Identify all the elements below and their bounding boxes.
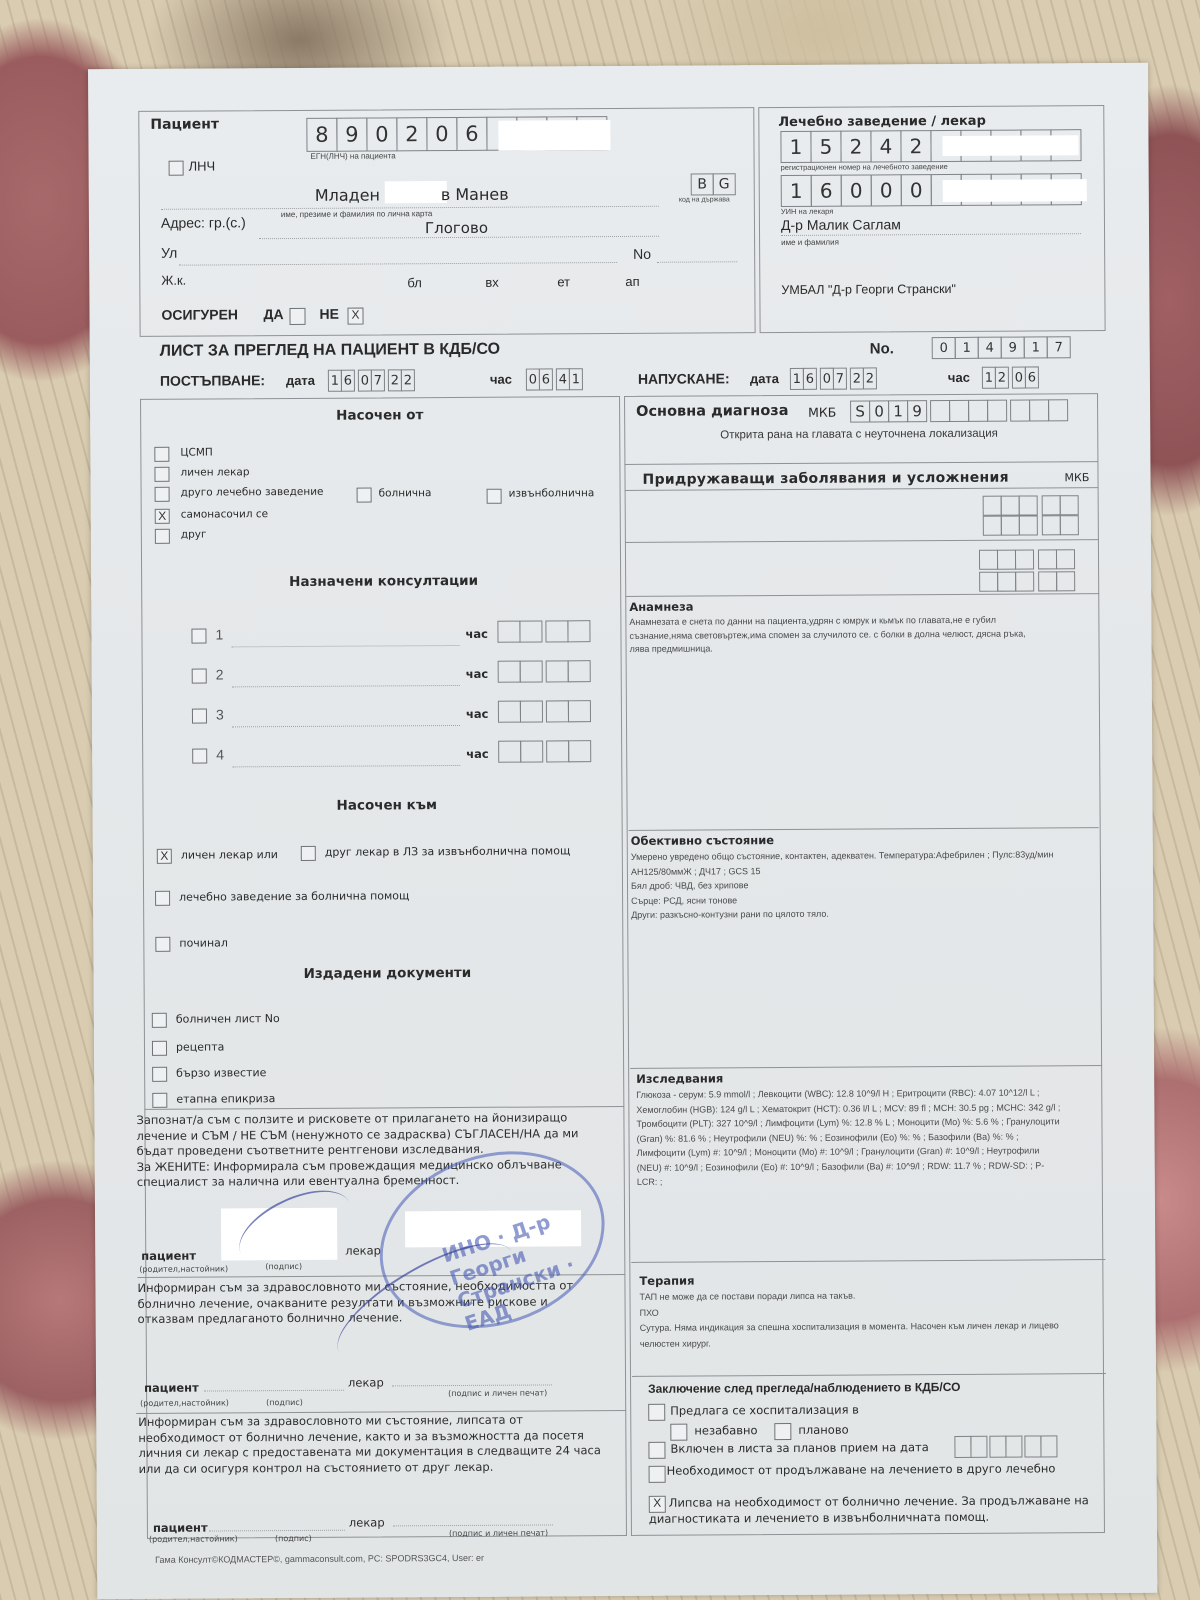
signature-caption-3: (подпис) bbox=[275, 1534, 312, 1543]
digit-cell: 5 bbox=[810, 131, 841, 163]
digit-cell: 6 bbox=[341, 370, 355, 392]
digit-cell: 2 bbox=[840, 130, 871, 162]
referred-from-checkbox[interactable] bbox=[154, 447, 169, 462]
text-line: Тромбоцити (PLT): 327 10^9/l ; Лимфоцити… bbox=[636, 1114, 1106, 1131]
mkb-cell bbox=[1038, 549, 1057, 569]
consultation-number: 3 bbox=[216, 706, 224, 722]
block-label: бл bbox=[407, 275, 422, 290]
insured-label: ОСИГУРЕН bbox=[161, 306, 238, 322]
digit-cell bbox=[930, 400, 950, 422]
no-hospitalization-checkbox[interactable]: X bbox=[649, 1496, 666, 1513]
issued-document-checkbox[interactable] bbox=[152, 1067, 167, 1082]
no-hospitalization-label-1: Липсва на необходимост от болнично лечен… bbox=[669, 1493, 1089, 1510]
digit-cell bbox=[968, 400, 988, 422]
mkb-cell bbox=[1042, 515, 1061, 535]
consultation-time-label: час bbox=[466, 667, 489, 681]
discharge-time-label: час bbox=[948, 370, 970, 385]
waitlist-label: Включен в листа за планов прием на дата bbox=[670, 1440, 928, 1456]
insured-no-checkbox[interactable]: X bbox=[347, 308, 363, 325]
referred-to-other-label: друг лекар в ЛЗ за извънболнична помощ bbox=[325, 844, 571, 858]
therapy-text: ТАП не може да се постави поради липса н… bbox=[639, 1287, 1109, 1352]
digit-cell: 6 bbox=[456, 117, 487, 151]
text-line: или да си осигуря контрол на състоянието… bbox=[139, 1459, 601, 1477]
consultation-number: 1 bbox=[215, 626, 223, 642]
urgent-label: незабавно bbox=[694, 1423, 757, 1437]
time-cell bbox=[546, 660, 569, 682]
digit-cell: 1 bbox=[982, 367, 996, 389]
date-cell bbox=[989, 1436, 1006, 1458]
digit-cell: 0 bbox=[366, 117, 397, 151]
consultation-time-field[interactable] bbox=[498, 700, 591, 723]
time-cell bbox=[498, 661, 521, 683]
digit-cell: 6 bbox=[1025, 366, 1039, 388]
medical-form-sheet: Пациент 890206 ЕГН(ЛНЧ) на пациента ЛНЧ … bbox=[88, 63, 1157, 1599]
consultation-checkbox[interactable] bbox=[191, 629, 206, 644]
country-caption: код на държава bbox=[679, 196, 730, 203]
country-code-field[interactable]: BG bbox=[691, 173, 736, 195]
digit-cell: 4 bbox=[556, 368, 570, 390]
time-cell bbox=[497, 621, 520, 643]
digit-cell: 2 bbox=[388, 369, 402, 391]
deceased-checkbox[interactable] bbox=[155, 937, 170, 952]
digit-cell: S bbox=[850, 400, 870, 422]
digit-cell: 1 bbox=[790, 368, 804, 390]
admission-date-label: дата bbox=[286, 373, 315, 388]
comorbidity-mkb-row[interactable] bbox=[983, 495, 1079, 516]
issued-documents-list: болничен лист Noрецептабързо известиеета… bbox=[88, 63, 1148, 69]
urgent-checkbox[interactable] bbox=[670, 1424, 687, 1441]
digit-cell: B bbox=[691, 173, 714, 195]
hospital-name: УМБАЛ "Д-р Георги Странски" bbox=[781, 282, 956, 297]
date-cell bbox=[1005, 1436, 1022, 1458]
time-cell bbox=[568, 700, 591, 722]
issued-document-checkbox[interactable] bbox=[152, 1041, 167, 1056]
digit-cell: 6 bbox=[803, 368, 817, 390]
no-hospitalization-label-2: диагностиката и лечението в извънболничн… bbox=[649, 1510, 989, 1526]
consultation-number: 4 bbox=[216, 746, 224, 762]
doctor-caption-2: (подпис и личен печат) bbox=[448, 1388, 547, 1398]
comorbidity-mkb-row[interactable] bbox=[979, 549, 1075, 570]
mkb-cell bbox=[1056, 549, 1075, 569]
deceased-label: починал bbox=[179, 936, 228, 949]
referred-from-checkbox[interactable]: X bbox=[155, 509, 170, 524]
referred-to-title: Насочен към bbox=[336, 797, 437, 814]
referred-from-checkbox[interactable] bbox=[154, 467, 169, 482]
consultation-time-field[interactable] bbox=[498, 660, 591, 683]
digit-cell bbox=[987, 400, 1007, 422]
planned-label: планово bbox=[798, 1423, 848, 1437]
referred-from-checkbox[interactable] bbox=[155, 487, 170, 502]
mkb-cell bbox=[983, 496, 1002, 516]
digit-cell: 2 bbox=[401, 369, 415, 391]
referred-from-outpatient-checkbox[interactable] bbox=[487, 489, 502, 504]
consultations-list: 1час2час3час4час bbox=[88, 63, 1148, 69]
time-cell bbox=[546, 700, 569, 722]
admission-date-field[interactable]: 160722 bbox=[328, 369, 415, 392]
text-line: LCR: ; bbox=[637, 1172, 1107, 1189]
referred-to-hospital-checkbox[interactable] bbox=[155, 891, 170, 906]
mkb-cell bbox=[997, 550, 1016, 570]
insured-yes-label: ДА bbox=[263, 306, 283, 322]
digit-cell: 0 bbox=[820, 368, 834, 390]
mkb-cell bbox=[1038, 571, 1057, 591]
time-cell bbox=[520, 740, 543, 762]
digit-cell: 2 bbox=[850, 368, 864, 390]
redacted-egn bbox=[498, 120, 610, 151]
digit-cell: G bbox=[713, 173, 736, 195]
doctor-signature-label-1: лекар bbox=[345, 1243, 381, 1257]
digit-cell: 0 bbox=[426, 117, 457, 151]
referred-from-option-label: ЦСМП bbox=[180, 446, 213, 458]
date-cell bbox=[1024, 1435, 1041, 1457]
doctor-signature-label-3: лекар bbox=[349, 1515, 385, 1529]
diagnosis-mkb-field[interactable]: S019 bbox=[850, 399, 1068, 422]
consultation-number: 2 bbox=[216, 666, 224, 682]
lnch-label: ЛНЧ bbox=[189, 158, 216, 173]
consultation-time-label: час bbox=[466, 747, 489, 761]
mkb-cell bbox=[1042, 495, 1061, 515]
entrance-label: вх bbox=[485, 275, 498, 290]
hospitalization-checkbox[interactable] bbox=[648, 1404, 665, 1421]
referred-to-gp-label: личен лекар или bbox=[181, 848, 278, 862]
mkb-cell bbox=[1001, 516, 1020, 536]
digit-cell: 6 bbox=[811, 175, 842, 207]
digit-cell: 4 bbox=[870, 130, 901, 162]
issued-document-label: бързо известие bbox=[176, 1066, 266, 1080]
mkb-cell bbox=[979, 550, 998, 570]
consultation-checkbox[interactable] bbox=[192, 749, 207, 764]
digit-cell: 4 bbox=[978, 337, 1002, 359]
doctor-caption: име и фамилия bbox=[781, 238, 839, 247]
text-line: челюстен хирург. bbox=[640, 1334, 1110, 1352]
redacted-uin bbox=[943, 179, 1087, 202]
text-line: Сутура. Няма индикация за спешна хоспита… bbox=[640, 1318, 1110, 1336]
digit-cell: 0 bbox=[1012, 367, 1026, 389]
digit-cell bbox=[1029, 399, 1049, 421]
apartment-label: ап bbox=[625, 274, 639, 289]
digit-cell: 0 bbox=[869, 400, 889, 422]
comorbidity-mkb-row[interactable] bbox=[983, 515, 1079, 536]
transfer-label: Необходимост от продължаване на лечениет… bbox=[667, 1461, 1056, 1477]
digit-cell: 1 bbox=[328, 370, 342, 392]
time-cell bbox=[546, 740, 569, 762]
referred-from-hospital-checkbox[interactable] bbox=[357, 488, 372, 503]
guardian-caption-1: (родител,настойник) bbox=[139, 1264, 228, 1274]
street-number-label: No bbox=[633, 246, 651, 262]
text-line: Умерено увредено общо състояние, контакт… bbox=[631, 847, 1099, 864]
investigations-text: Глюкоза - серум: 5.9 mmol/l ; Левкоцити … bbox=[636, 1085, 1107, 1189]
time-cell bbox=[520, 700, 543, 722]
consultation-time-field[interactable] bbox=[497, 620, 590, 643]
signature-caption-2: (подпис) bbox=[266, 1398, 303, 1407]
mkb-cell bbox=[1019, 495, 1038, 515]
guardian-caption-3: (родител,настойник) bbox=[149, 1534, 238, 1544]
text-line: (NEU) #: 10^9/l ; Еозинофили (Eo) #: 10^… bbox=[637, 1158, 1107, 1175]
admission-time-label: час bbox=[490, 372, 512, 387]
complex-label: Ж.к. bbox=[161, 273, 186, 288]
patient-signature-label-1: пациент bbox=[141, 1249, 196, 1263]
doctor-name: Д-р Малик Саглам bbox=[781, 216, 901, 233]
digit-cell: 9 bbox=[1001, 337, 1025, 359]
time-cell bbox=[519, 620, 542, 642]
no-hospitalization-text: Информиран съм за здравословното ми съст… bbox=[138, 1412, 601, 1477]
digit-cell: 7 bbox=[833, 368, 847, 390]
diagnosis-mkb-label: МКБ bbox=[808, 405, 836, 420]
mkb-cell bbox=[1060, 515, 1079, 535]
digit-cell: 2 bbox=[863, 367, 877, 389]
referred-from-options: ЦСМПличен лекардруго лечебно заведениеXс… bbox=[88, 63, 1148, 69]
time-cell bbox=[498, 741, 521, 763]
time-cell bbox=[520, 660, 543, 682]
time-cell bbox=[567, 620, 590, 642]
uin-caption: УИН на лекаря bbox=[781, 207, 833, 216]
doctor-caption-3: (подпис и личен печат) bbox=[449, 1528, 548, 1538]
digit-cell: 1 bbox=[1024, 336, 1048, 358]
waitlist-date-field[interactable] bbox=[88, 63, 1148, 69]
digit-cell: 8 bbox=[306, 118, 337, 152]
patient-signature-label-3: пациент bbox=[153, 1521, 208, 1535]
discharge-date-label: дата bbox=[750, 371, 779, 386]
date-cell bbox=[954, 1436, 971, 1458]
mkb-cell bbox=[983, 516, 1002, 536]
consultation-checkbox[interactable] bbox=[192, 669, 207, 684]
sheet-title: ЛИСТ ЗА ПРЕГЛЕД НА ПАЦИЕНТ В КДБ/СО bbox=[160, 341, 500, 361]
investigations-title: Изследвания bbox=[636, 1071, 723, 1086]
waitlist-checkbox[interactable] bbox=[648, 1442, 665, 1459]
discharge-time-field[interactable]: 1206 bbox=[982, 366, 1039, 388]
referred-from-checkbox[interactable] bbox=[155, 529, 170, 544]
mkb-cell bbox=[1060, 495, 1079, 515]
issued-document-checkbox[interactable] bbox=[152, 1013, 167, 1028]
referred-to-other-checkbox[interactable] bbox=[301, 846, 316, 861]
mkb-cell bbox=[997, 572, 1016, 592]
transfer-checkbox[interactable] bbox=[649, 1466, 666, 1483]
digit-cell: 1 bbox=[569, 368, 583, 390]
digit-cell: 0 bbox=[358, 370, 372, 392]
text-line: лечение и СЪМ / НЕ СЪМ (ненужното се зад… bbox=[136, 1126, 578, 1144]
digit-cell: 7 bbox=[371, 369, 385, 391]
city-value: Глогово bbox=[425, 219, 488, 237]
referred-to-gp-checkbox[interactable]: X bbox=[157, 849, 172, 864]
referred-from-option-label: друг bbox=[181, 529, 207, 541]
text-line: личния си лекар с предоставената ми доку… bbox=[138, 1443, 600, 1461]
digit-cell: 1 bbox=[955, 337, 979, 359]
diagnosis-title: Основна диагноза bbox=[636, 403, 788, 420]
referred-from-title: Насочен от bbox=[336, 407, 423, 424]
issued-document-label: болничен лист No bbox=[176, 1012, 280, 1026]
digit-cell: 0 bbox=[901, 174, 932, 206]
anamnesis-title: Анамнеза bbox=[629, 600, 693, 614]
comorbidities-mkb-grid[interactable] bbox=[88, 63, 1148, 69]
name-caption: име, презиме и фамилия по лична карта bbox=[281, 209, 432, 219]
digit-cell: 1 bbox=[781, 175, 812, 207]
patient-signature-label-2: пациент bbox=[144, 1381, 199, 1395]
discharge-date-field[interactable]: 160722 bbox=[790, 367, 877, 390]
patient-label: Пациент bbox=[150, 116, 219, 132]
digit-cell: 1 bbox=[780, 131, 811, 163]
guardian-caption-2: (родител,настойник) bbox=[140, 1398, 229, 1408]
digit-cell: 0 bbox=[841, 174, 872, 206]
street-label: Ул bbox=[161, 245, 177, 261]
patient-first-name: Младен bbox=[315, 185, 380, 204]
digit-cell: 9 bbox=[336, 118, 367, 152]
doctor-signature-label-2: лекар bbox=[348, 1375, 384, 1389]
consultation-time-label: час bbox=[466, 707, 489, 721]
egn-caption: ЕГН(ЛНЧ) на пациента bbox=[311, 151, 396, 161]
insured-no-label: НЕ bbox=[319, 306, 339, 322]
mkb-cell bbox=[1056, 571, 1075, 591]
discharge-label: НАПУСКАНЕ: bbox=[638, 370, 730, 387]
diagnosis-description: Открита рана на главата с неуточнена лок… bbox=[720, 428, 998, 442]
conclusion-title: Заключение след прегледа/наблюдението в … bbox=[648, 1380, 960, 1396]
time-cell bbox=[568, 660, 591, 682]
redacted-middle-name bbox=[385, 181, 447, 203]
referred-from-option-label: самонасочил се bbox=[181, 508, 268, 521]
mkb-cell bbox=[1015, 571, 1034, 591]
comorbidity-mkb-row[interactable] bbox=[979, 571, 1075, 592]
mkb-cell bbox=[1001, 496, 1020, 516]
referred-from-hospital-label: болнична bbox=[379, 487, 432, 499]
facility-label: Лечебно заведение / лекар bbox=[778, 114, 986, 130]
sheet-number-field[interactable]: 014917 bbox=[932, 336, 1071, 359]
admission-time-field[interactable]: 0641 bbox=[526, 368, 583, 390]
consultation-time-label: час bbox=[465, 627, 488, 641]
referred-from-option-label: друго лечебно заведение bbox=[181, 486, 324, 499]
digit-cell bbox=[949, 400, 969, 422]
mkb-cell bbox=[979, 572, 998, 592]
mkb-cell bbox=[1015, 549, 1034, 569]
issued-document-label: етапна епикриза bbox=[176, 1092, 275, 1106]
digit-cell: 9 bbox=[907, 400, 927, 422]
text-line: съзнание,няма световъртеж,има спомен за … bbox=[629, 627, 1094, 643]
planned-checkbox[interactable] bbox=[774, 1423, 791, 1440]
time-cell bbox=[568, 740, 591, 762]
digit-cell bbox=[1010, 399, 1030, 421]
anamnesis-text: Анамнезата е снета по данни на пациента,… bbox=[629, 613, 1094, 656]
insured-yes-checkbox[interactable] bbox=[289, 308, 305, 325]
comorbidities-mkb-label: МКБ bbox=[1064, 471, 1089, 484]
issued-document-label: рецепта bbox=[176, 1040, 224, 1053]
mkb-cell bbox=[1019, 515, 1038, 535]
digit-cell: 2 bbox=[995, 367, 1009, 389]
admission-label: ПОСТЪПВАНЕ: bbox=[160, 372, 265, 389]
digit-cell: 0 bbox=[871, 174, 902, 206]
reg-caption: регистрационен номер на лечебното заведе… bbox=[781, 162, 948, 172]
redacted-reg-number bbox=[942, 135, 1078, 156]
floor-label: ет bbox=[557, 274, 570, 289]
date-cell bbox=[1040, 1435, 1057, 1457]
time-cell bbox=[498, 701, 521, 723]
address-label: Адрес: гр.(с.) bbox=[161, 214, 246, 231]
therapy-title: Терапия bbox=[639, 1274, 694, 1288]
software-footer: Гама Консулт©КОДМАСТЕР©, gammaconsult.co… bbox=[155, 1553, 484, 1565]
consultations-title: Назначени консултации bbox=[289, 573, 478, 590]
waitlist-date-cells[interactable] bbox=[954, 1435, 1057, 1458]
digit-cell bbox=[1048, 399, 1068, 421]
objective-text: Умерено увредено общо състояние, контакт… bbox=[631, 847, 1099, 922]
patient-last-name: в Манев bbox=[441, 185, 509, 204]
digit-cell: 0 bbox=[932, 337, 956, 359]
objective-title: Обективно състояние bbox=[631, 833, 774, 848]
digit-cell: 2 bbox=[396, 117, 427, 151]
referred-from-outpatient-label: извънболнична bbox=[509, 487, 595, 500]
referred-from-option-label: личен лекар bbox=[180, 466, 249, 478]
text-line: лява предмишница. bbox=[630, 640, 1095, 656]
consultation-time-field[interactable] bbox=[498, 740, 591, 763]
documents-title: Издадени документи bbox=[303, 965, 471, 982]
digit-cell: 7 bbox=[1047, 336, 1071, 358]
digit-cell: 6 bbox=[539, 368, 553, 390]
digit-cell: 0 bbox=[526, 368, 540, 390]
referred-to-hospital-label: лечебно заведение за болнична помощ bbox=[179, 889, 409, 903]
date-cell bbox=[970, 1436, 987, 1458]
issued-document-checkbox[interactable] bbox=[152, 1093, 167, 1108]
digit-cell: 2 bbox=[900, 130, 931, 162]
lnch-checkbox[interactable] bbox=[169, 161, 184, 176]
comorbidities-title: Придружаващи заболявания и усложнения bbox=[642, 470, 1008, 488]
sheet-number-label: No. bbox=[870, 340, 894, 357]
consultation-checkbox[interactable] bbox=[192, 709, 207, 724]
time-cell bbox=[545, 620, 568, 642]
hospitalization-label: Предлага се хоспитализация в bbox=[670, 1403, 859, 1418]
digit-cell: 1 bbox=[888, 400, 908, 422]
text-line: Други: разкъсно-контузни рани по цялото … bbox=[631, 905, 1099, 922]
